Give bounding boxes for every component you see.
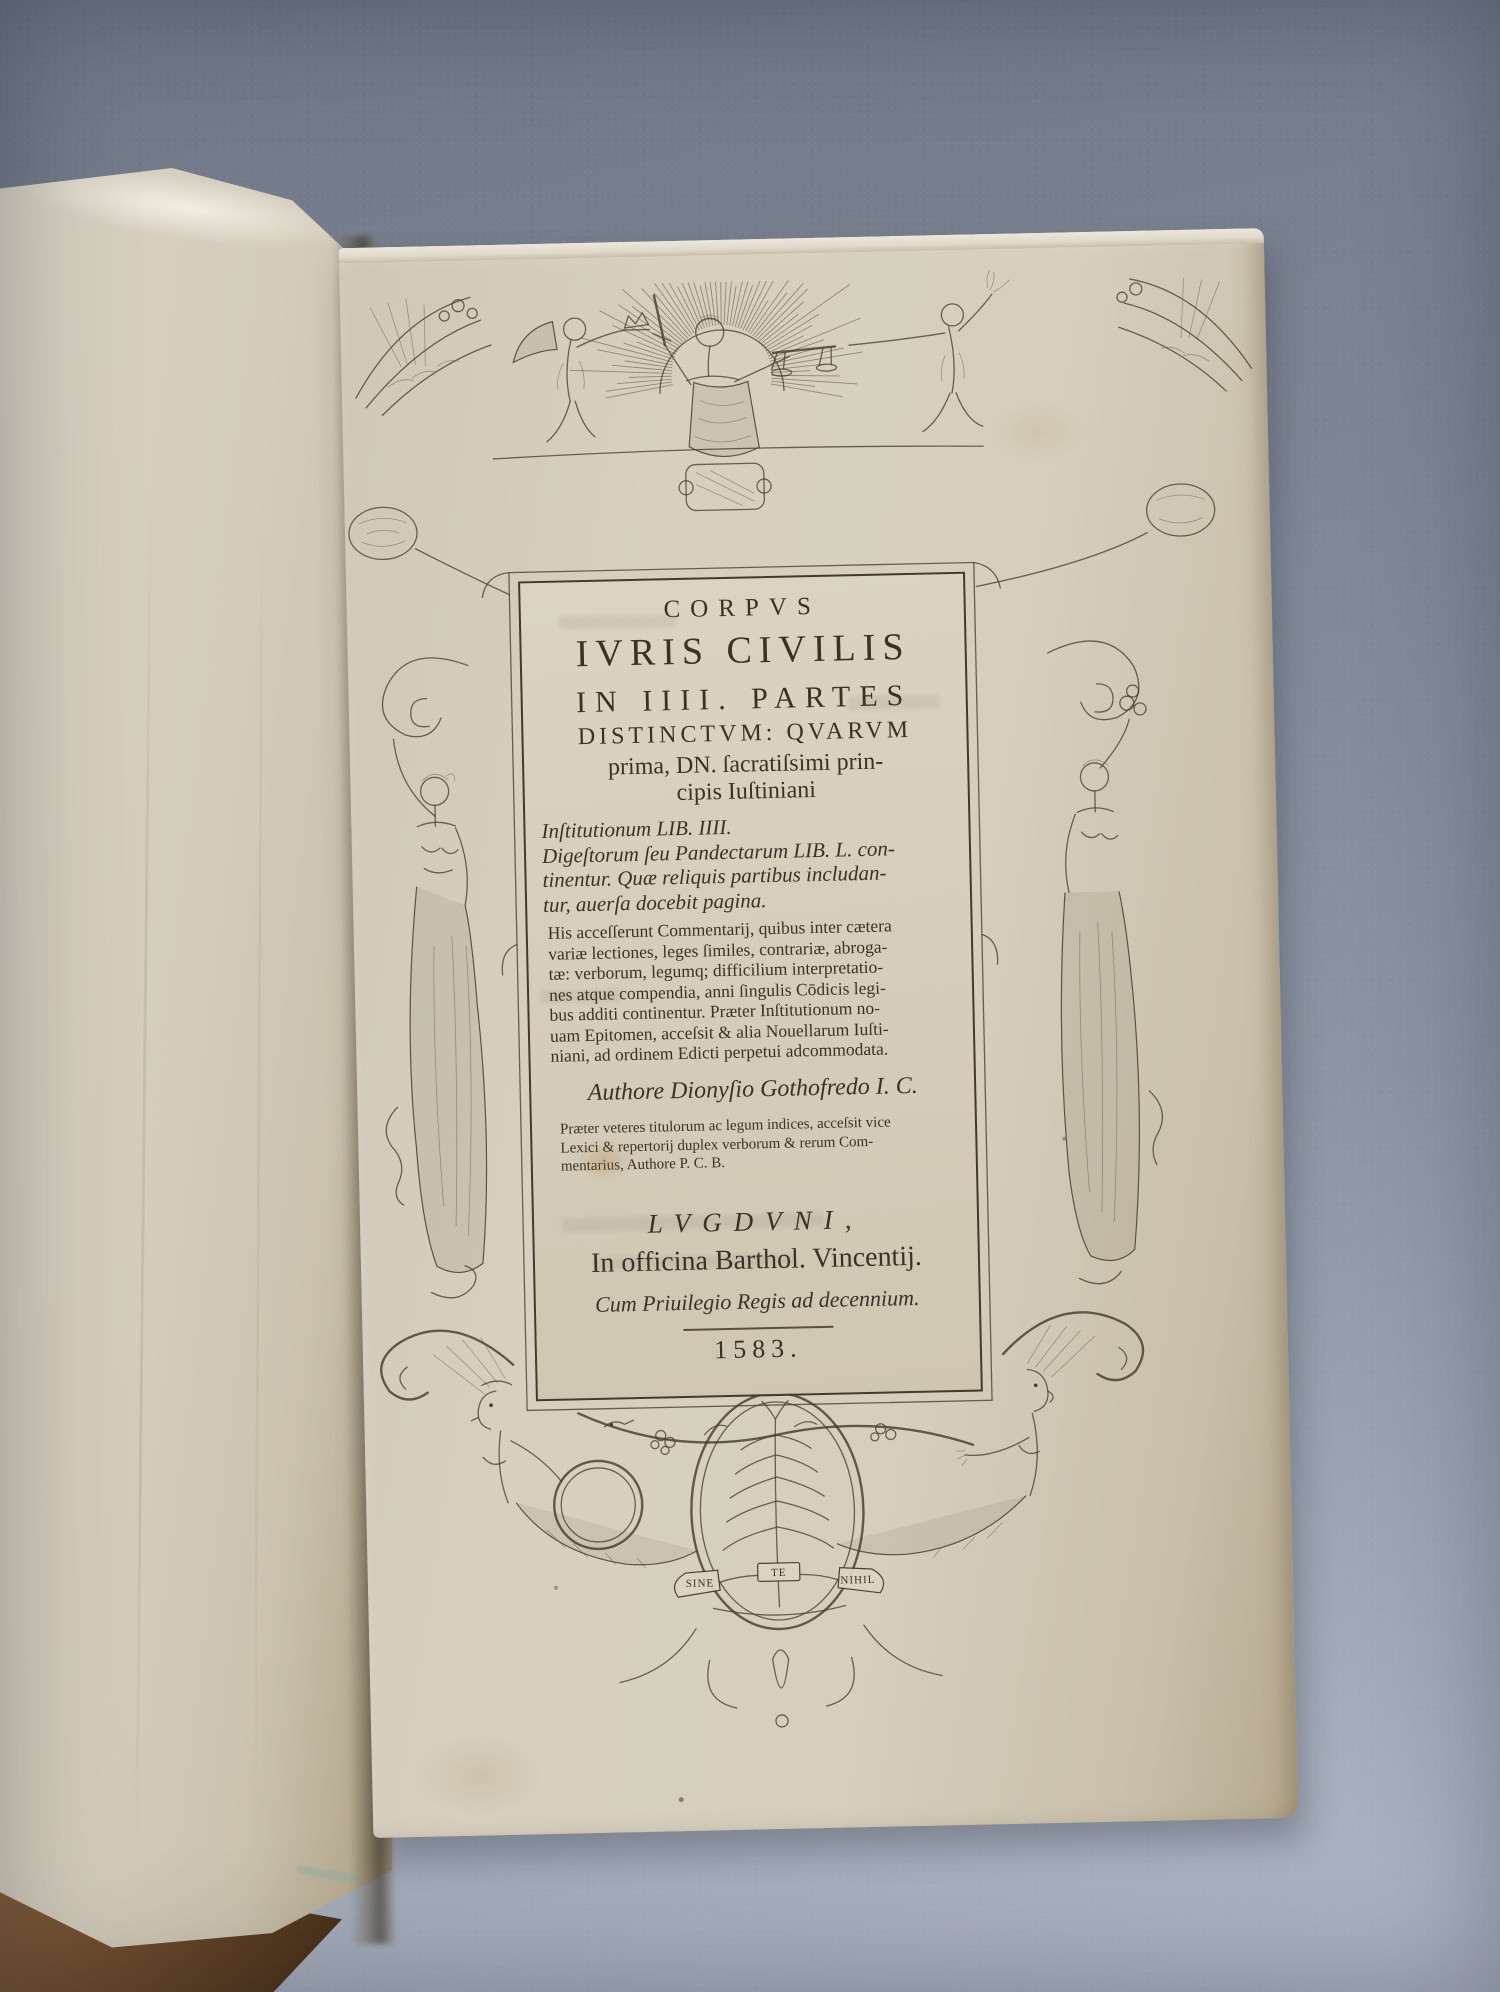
year-rule [683, 1326, 833, 1331]
imprint-privilege: Cum Priuilegio Regis ad decennium. [536, 1284, 979, 1320]
title-line-iuris-civilis: IVRIS CIVILIS [521, 624, 965, 678]
photograph-of-open-book: SINE TE NIHIL CORPVS IVR [0, 0, 1500, 1992]
device-pine-tree [709, 1400, 846, 1617]
foxing-speck [679, 1797, 684, 1802]
foliage-top-left [354, 297, 492, 416]
corner-cartouche-right [1146, 483, 1215, 536]
motto-word-sine: SINE [686, 1577, 715, 1590]
caryatid-left-figure [376, 657, 490, 1299]
foliage-top-right [1117, 276, 1252, 393]
putto-right-figure [847, 270, 1012, 433]
title-text-panel: CORPVS IVRIS CIVILIS IN IIII. PARTES DIS… [518, 572, 983, 1402]
contents-block: Inſtitutionum LIB. IIII. Digeſtorum ſeu … [541, 810, 967, 917]
corner-cartouche-left [348, 507, 417, 560]
bottom-scroll-tip [619, 1623, 943, 1730]
title-line-in-partes: IN IIII. PARTES [522, 678, 966, 722]
title-line-corpus: CORPVS [520, 590, 964, 628]
imprint-office: In officina Barthol. Vincentij. [535, 1240, 979, 1282]
strap-right [975, 533, 1148, 587]
caryatid-right-figure [1048, 640, 1166, 1285]
author-line: Authore Dionyſio Gothofredo I. C. [531, 1072, 974, 1109]
page-crease [135, 488, 152, 1868]
foxing-speck [554, 1586, 558, 1590]
title-page: SINE TE NIHIL CORPVS IVR [339, 228, 1298, 1838]
motto-word-nihil: NIHIL [840, 1574, 875, 1587]
imprint-year: 1583. [537, 1330, 981, 1370]
foxing-speck [1062, 1137, 1066, 1141]
strap-left [415, 547, 509, 597]
blank-verso-page [0, 168, 392, 1960]
lexicon-note-block: Præter veteres titulorum ac legum indice… [560, 1112, 963, 1176]
sun-rays [568, 279, 864, 403]
title-line-distinctum: DISTINCTVM: QVARVM [523, 716, 966, 753]
motto-word-te: TE [771, 1567, 787, 1579]
commentary-block: His acceſſerunt Commentarij, quibus inte… [548, 914, 965, 1066]
imprint-place: LVGDVNI, [534, 1202, 978, 1243]
page-crease [253, 488, 263, 1868]
